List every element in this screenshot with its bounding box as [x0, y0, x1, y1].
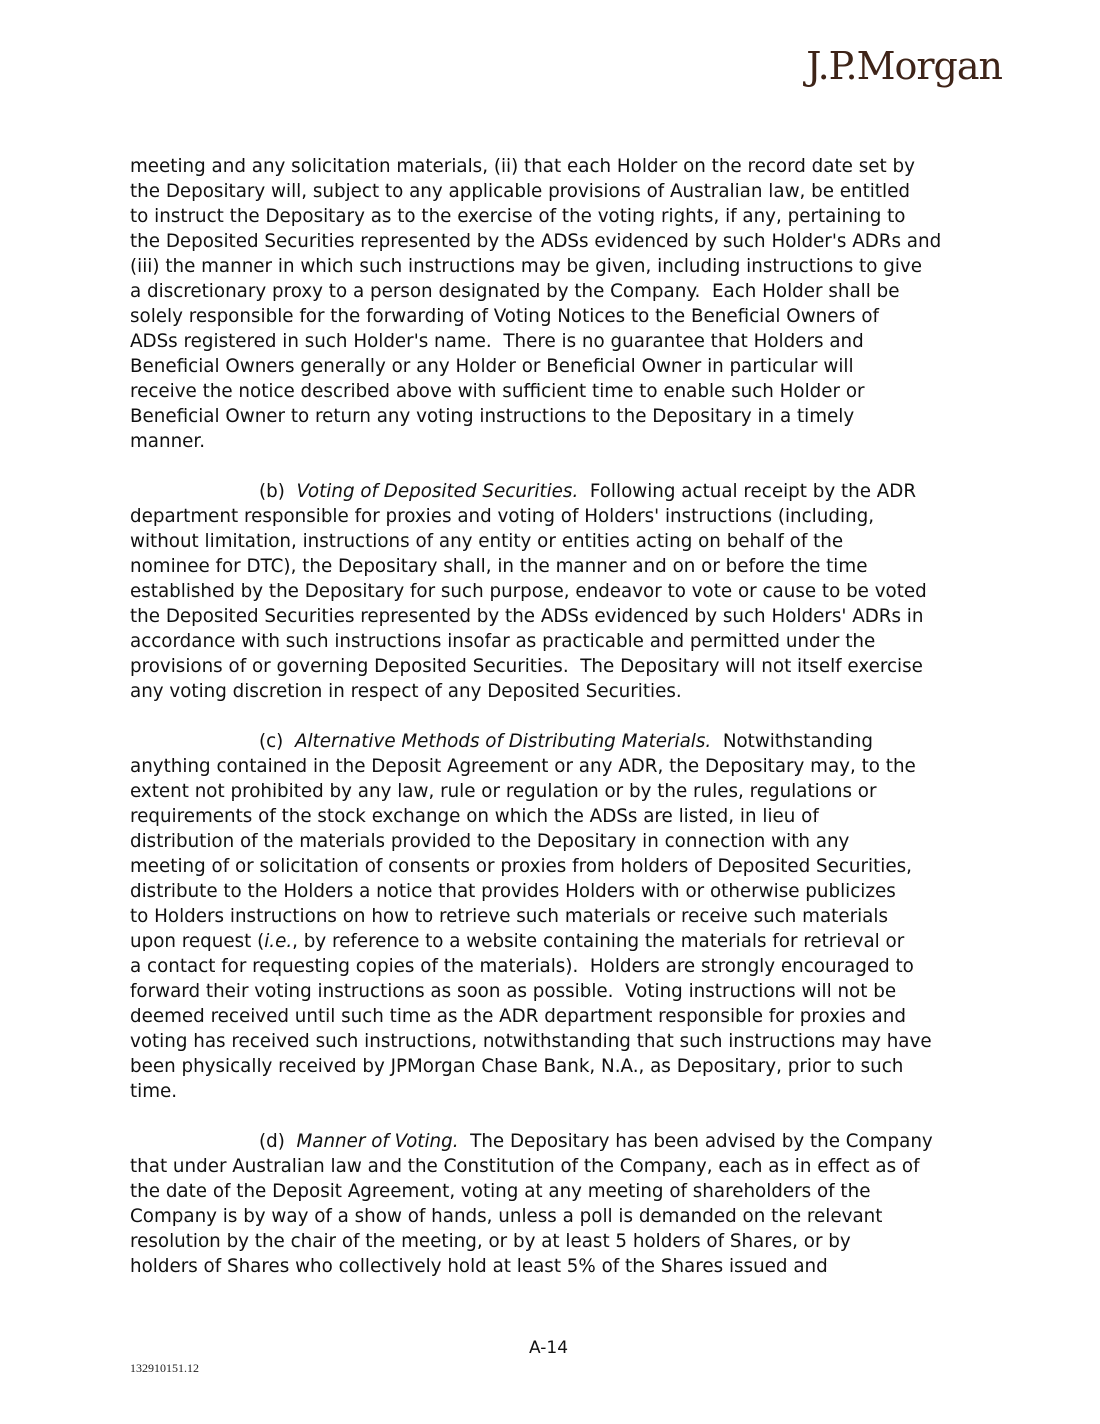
section-heading: Manner of Voting.: [297, 1131, 459, 1152]
text-line: meeting of or solicitation of consents o…: [130, 854, 990, 879]
text-line: upon request (i.e., by reference to a we…: [130, 929, 990, 954]
text-line: requirements of the stock exchange on wh…: [130, 804, 990, 829]
text-line: the Deposited Securities represented by …: [130, 604, 990, 629]
text-line: established by the Depositary for such p…: [130, 579, 990, 604]
jpmorgan-logo: J.P.Morgan: [806, 44, 1002, 88]
text-line: a discretionary proxy to a person design…: [130, 279, 990, 304]
text-line: time.: [130, 1079, 990, 1104]
section-c-alternative-methods: (c) Alternative Methods of Distributing …: [130, 729, 990, 1104]
text-line: any voting discretion in respect of any …: [130, 679, 990, 704]
text-line: Beneficial Owner to return any voting in…: [130, 404, 990, 429]
text-line: receive the notice described above with …: [130, 379, 990, 404]
text-line: solely responsible for the forwarding of…: [130, 304, 990, 329]
section-b-voting-of-deposited-securities: (b) Voting of Deposited Securities. Foll…: [130, 479, 990, 704]
text-line: Beneficial Owners generally or any Holde…: [130, 354, 990, 379]
continuation-paragraph: meeting and any solicitation materials, …: [130, 154, 990, 454]
italic-abbrev: i.e.: [264, 931, 292, 952]
text-line: been physically received by JPMorgan Cha…: [130, 1054, 990, 1079]
text-line: without limitation, instructions of any …: [130, 529, 990, 554]
text-line: nominee for DTC), the Depositary shall, …: [130, 554, 990, 579]
page-number: A-14: [529, 1338, 568, 1358]
text-span: The Depositary has been advised by the C…: [459, 1131, 933, 1152]
document-body: meeting and any solicitation materials, …: [130, 154, 990, 1279]
section-d-manner-of-voting: (d) Manner of Voting. The Depositary has…: [130, 1129, 990, 1279]
text-line: accordance with such instructions insofa…: [130, 629, 990, 654]
text-line: to instruct the Depositary as to the exe…: [130, 204, 990, 229]
text-line: to Holders instructions on how to retrie…: [130, 904, 990, 929]
text-line: deemed received until such time as the A…: [130, 1004, 990, 1029]
text-line: anything contained in the Deposit Agreem…: [130, 754, 990, 779]
text-line: meeting and any solicitation materials, …: [130, 154, 990, 179]
text-span: , by reference to a website containing t…: [292, 931, 904, 952]
section-heading-line: (d) Manner of Voting. The Depositary has…: [130, 1129, 990, 1154]
text-span: Notwithstanding: [711, 731, 873, 752]
document-id: 132910151.12: [130, 1361, 199, 1376]
text-line: Company is by way of a show of hands, un…: [130, 1204, 990, 1229]
text-line: ADSs registered in such Holder's name. T…: [130, 329, 990, 354]
text-line: distribute to the Holders a notice that …: [130, 879, 990, 904]
text-line: forward their voting instructions as soo…: [130, 979, 990, 1004]
section-label: (d): [259, 1131, 285, 1152]
section-heading: Alternative Methods of Distributing Mate…: [295, 731, 711, 752]
text-line: (iii) the manner in which such instructi…: [130, 254, 990, 279]
section-heading: Voting of Deposited Securities.: [297, 481, 579, 502]
text-line: extent not prohibited by any law, rule o…: [130, 779, 990, 804]
text-line: the date of the Deposit Agreement, votin…: [130, 1179, 990, 1204]
text-line: provisions of or governing Deposited Sec…: [130, 654, 990, 679]
text-line: manner.: [130, 429, 990, 454]
text-line: the Deposited Securities represented by …: [130, 229, 990, 254]
section-label: (c): [259, 731, 283, 752]
text-line: that under Australian law and the Consti…: [130, 1154, 990, 1179]
section-heading-line: (b) Voting of Deposited Securities. Foll…: [130, 479, 990, 504]
text-span: upon request (: [130, 931, 264, 952]
text-span: Following actual receipt by the ADR: [578, 481, 916, 502]
text-line: a contact for requesting copies of the m…: [130, 954, 990, 979]
text-line: department responsible for proxies and v…: [130, 504, 990, 529]
text-line: distribution of the materials provided t…: [130, 829, 990, 854]
section-heading-line: (c) Alternative Methods of Distributing …: [130, 729, 990, 754]
section-label: (b): [259, 481, 285, 502]
text-line: the Depositary will, subject to any appl…: [130, 179, 990, 204]
text-line: voting has received such instructions, n…: [130, 1029, 990, 1054]
text-line: resolution by the chair of the meeting, …: [130, 1229, 990, 1254]
text-line: holders of Shares who collectively hold …: [130, 1254, 990, 1279]
